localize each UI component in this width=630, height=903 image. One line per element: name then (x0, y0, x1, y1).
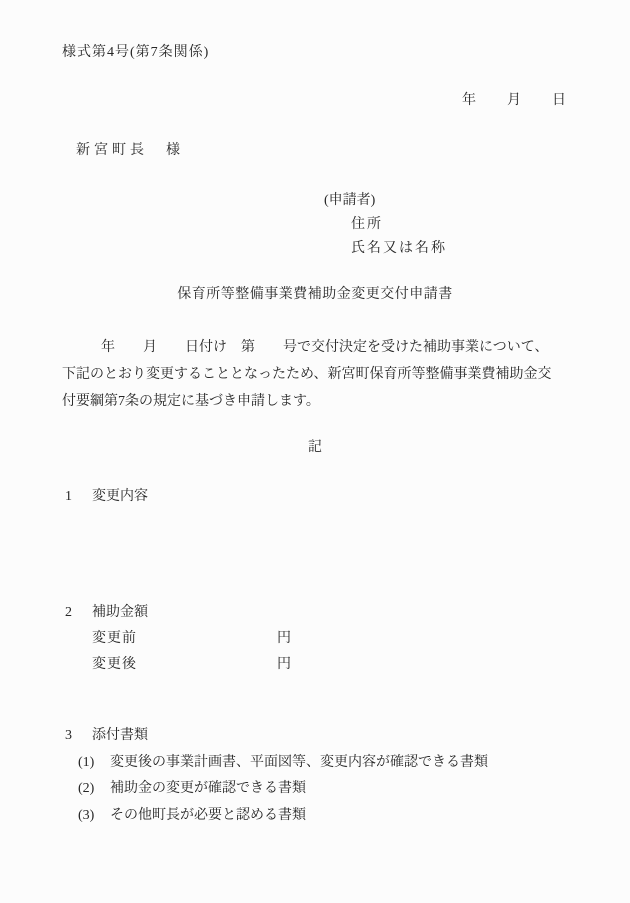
attachment-item-1: (1)変更後の事業計画書、平面図等、変更内容が確認できる書類 (78, 750, 488, 777)
section-2-number: 2 (65, 600, 92, 626)
section-2-heading: 補助金額 (92, 605, 148, 620)
body-line-1: 年 月 日付け 第 号で交付決定を受けた補助事業について、 (62, 334, 574, 361)
amount-before-unit: 円 (277, 626, 292, 652)
section-change-details: 1変更内容 (65, 485, 148, 505)
applicant-block: (申請者) 住所 氏名又は名称 (324, 189, 447, 261)
attachment-1-text: 変更後の事業計画書、平面図等、変更内容が確認できる書類 (110, 755, 488, 770)
applicant-label: (申請者) (324, 189, 447, 213)
section-1-number: 1 (65, 489, 92, 505)
document-title: 保育所等整備事業費補助金変更交付申請書 (0, 283, 630, 303)
section-subsidy-amount: 2補助金額 変更前 円 変更後 円 (65, 600, 148, 678)
amount-after-unit: 円 (277, 652, 292, 678)
section-3-number: 3 (65, 723, 92, 750)
section-3-heading: 添付書類 (92, 728, 148, 743)
amount-row-after: 変更後 円 (92, 652, 148, 678)
addressee: 新宮町長 様 (76, 139, 184, 159)
attachment-1-number: (1) (78, 750, 110, 777)
applicant-name-label: 氏名又は名称 (351, 237, 447, 261)
section-attachments: 3添付書類 (1)変更後の事業計画書、平面図等、変更内容が確認できる書類 (2)… (65, 723, 488, 829)
attachment-3-text: その他町長が必要と認める書類 (110, 808, 306, 823)
body-line-2: 下記のとおり変更することとなったため、新宮町保育所等整備事業費補助金交 (62, 361, 574, 388)
attachment-3-number: (3) (78, 803, 110, 830)
attachment-2-number: (2) (78, 776, 110, 803)
amount-after-label: 変更後 (92, 657, 137, 672)
attachment-item-2: (2)補助金の変更が確認できる書類 (78, 776, 488, 803)
amount-before-label: 変更前 (92, 631, 137, 646)
date-line: 年 月 日 (462, 89, 567, 109)
applicant-address-label: 住所 (351, 213, 447, 237)
body-paragraph: 年 月 日付け 第 号で交付決定を受けた補助事業について、 下記のとおり変更する… (62, 334, 574, 415)
attachment-item-3: (3)その他町長が必要と認める書類 (78, 803, 488, 830)
section-3-head: 3添付書類 (65, 723, 488, 750)
ki-heading: 記 (0, 436, 630, 456)
form-page: 様式第4号(第7条関係) 年 月 日 新宮町長 様 (申請者) 住所 氏名又は名… (0, 0, 630, 903)
body-line-3: 付要綱第7条の規定に基づき申請します。 (62, 388, 574, 415)
section-1-heading: 変更内容 (92, 489, 148, 504)
form-number: 様式第4号(第7条関係) (62, 41, 209, 61)
amount-row-before: 変更前 円 (92, 626, 148, 652)
attachment-2-text: 補助金の変更が確認できる書類 (110, 781, 306, 796)
section-2-head: 2補助金額 (65, 600, 148, 626)
